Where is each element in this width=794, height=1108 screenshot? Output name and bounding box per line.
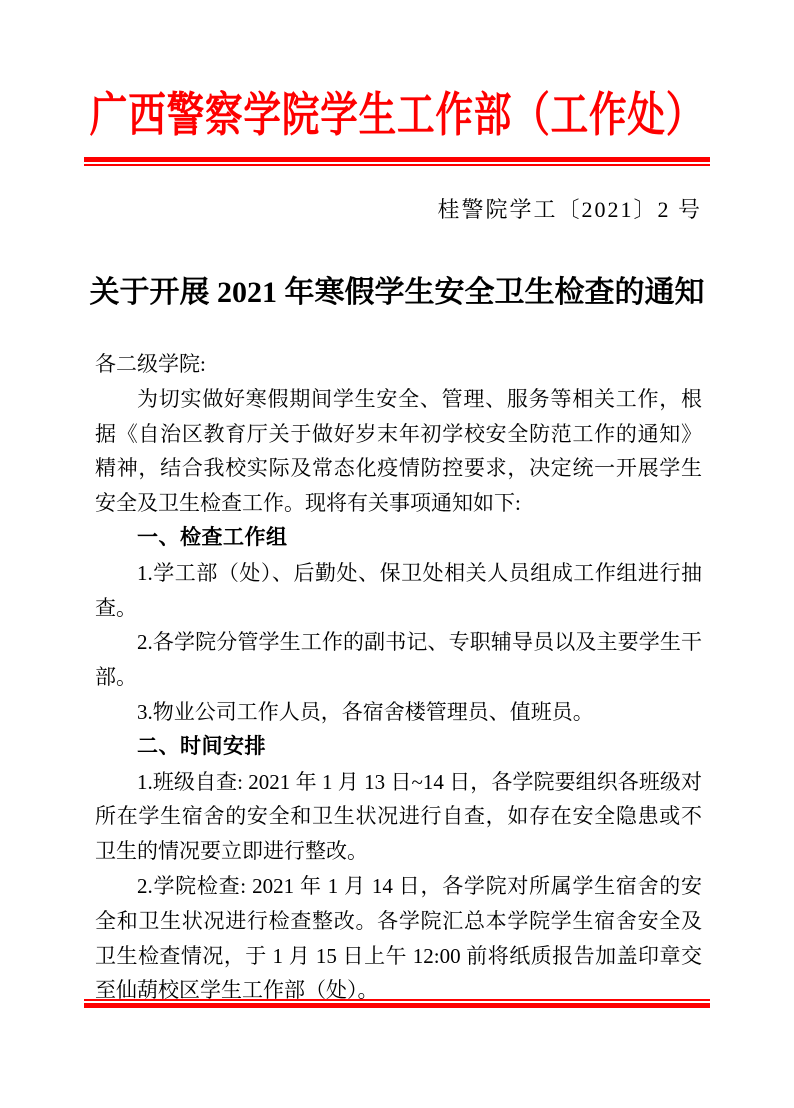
letterhead-org-title: 广西警察学院学生工作部（工作处） [90, 88, 704, 144]
separator-thin-line [84, 164, 710, 166]
list-item-2-2: 2.学院检查: 2021 年 1 月 14 日，各学院对所属学生宿舍的安全和卫生… [95, 869, 702, 1008]
header-separator [84, 157, 710, 166]
document-number: 桂警院学工〔2021〕2 号 [0, 196, 702, 224]
separator-thick-line [84, 1003, 710, 1008]
list-item-2-1: 1.班级自查: 2021 年 1 月 13 日~14 日，各学院要组织各班级对所… [95, 765, 702, 869]
list-item-1-3: 3.物业公司工作人员，各宿舍楼管理员、值班员。 [95, 695, 702, 730]
list-item-1-2: 2.各学院分管学生工作的副书记、专职辅导员以及主要学生干部。 [95, 625, 702, 695]
section-heading-2: 二、时间安排 [95, 730, 702, 765]
list-item-1-1: 1.学工部（处）、后勤处、保卫处相关人员组成工作组进行抽查。 [95, 556, 702, 626]
document-title: 关于开展 2021 年寒假学生安全卫生检查的通知 [0, 272, 794, 314]
document-page: 广西警察学院学生工作部（工作处） 桂警院学工〔2021〕2 号 关于开展 202… [0, 0, 794, 1108]
salutation: 各二级学院: [95, 347, 702, 382]
paragraph-intro: 为切实做好寒假期间学生安全、管理、服务等相关工作，根据《自治区教育厅关于做好岁末… [95, 382, 702, 521]
section-heading-1: 一、检查工作组 [95, 521, 702, 556]
footer-separator [84, 999, 710, 1008]
letterhead: 广西警察学院学生工作部（工作处） [0, 88, 794, 144]
document-body: 各二级学院: 为切实做好寒假期间学生安全、管理、服务等相关工作，根据《自治区教育… [95, 347, 702, 1008]
